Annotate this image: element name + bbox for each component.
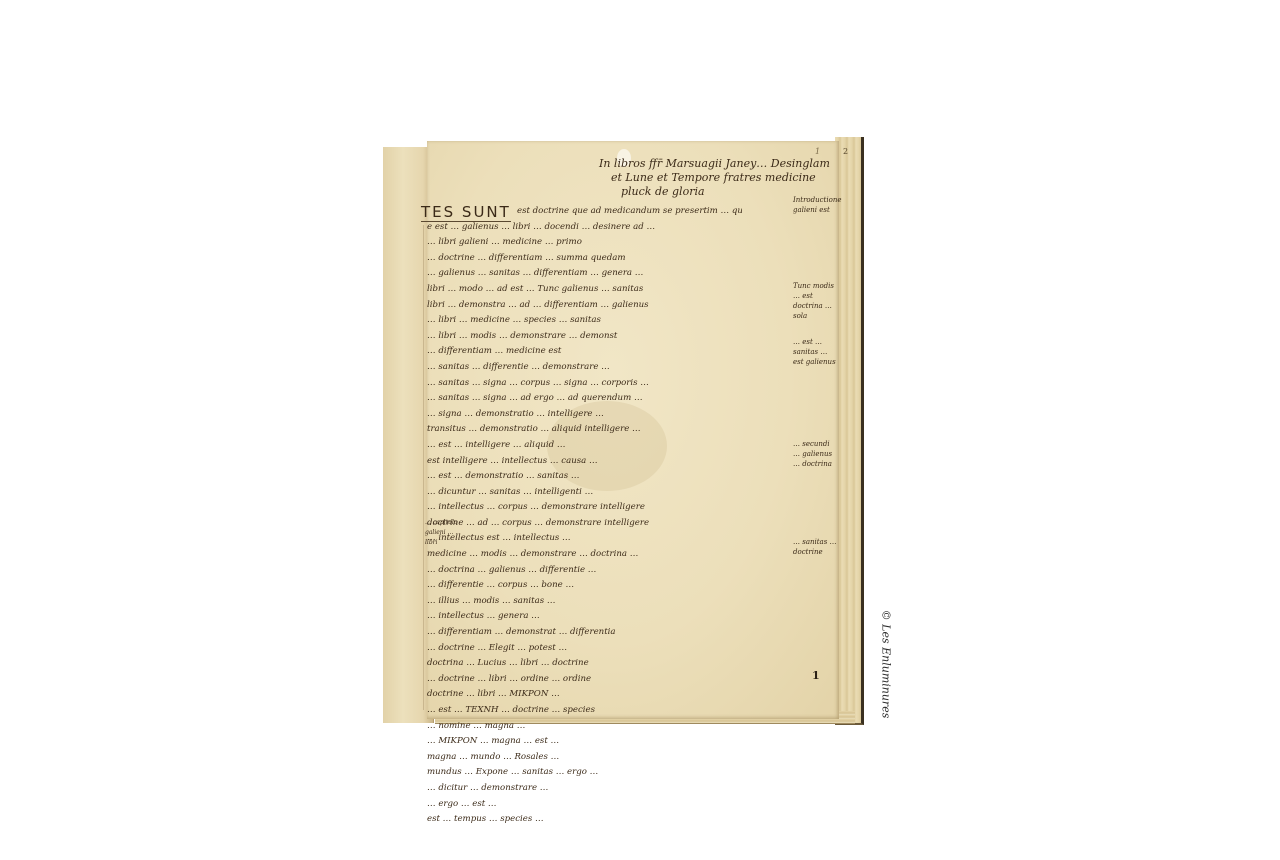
text-line: … differentiam … demonstrat … differenti…	[427, 625, 742, 641]
text-line: … doctrina … galienus … differentie …	[427, 563, 742, 579]
text-line: magna … mundo … Rosales …	[427, 750, 742, 766]
text-line: … ΜΙΚΡΟΝ … magna … est …	[427, 734, 742, 750]
margin-note-right: … est … sanitas … est galienus	[793, 337, 838, 367]
text-line: libri … demonstra … ad … differentiam … …	[427, 298, 742, 314]
text-line: doctrine … ad … corpus … demonstrare int…	[427, 516, 742, 532]
text-line: … doctrine … differentiam … summa quedam	[427, 251, 742, 267]
text-line: … intellectus … genera …	[427, 609, 742, 625]
text-line: … dicuntur … sanitas … intelligenti …	[427, 485, 742, 501]
text-line: medicine … modis … demonstrare … doctrin…	[427, 547, 742, 563]
text-line: doctrine … libri … ΜΙΚΡΟΝ …	[427, 687, 742, 703]
edge-folio-number: 2	[843, 147, 848, 156]
text-line: … intellectus est … intellectus …	[427, 531, 742, 547]
text-line: libri … modo … ad est … Tunc galienus … …	[427, 282, 742, 298]
text-line: … illius … modis … sanitas …	[427, 594, 742, 610]
text-line: mundus … Expone … sanitas … ergo …	[427, 765, 742, 781]
text-line: … sanitas … signa … corpus … signa … cor…	[427, 376, 742, 392]
text-line: … dicitur … demonstrare …	[427, 781, 742, 797]
text-line: … doctrine … libri … ordine … ordine	[427, 672, 742, 688]
text-line: … intellectus … corpus … demonstrare int…	[427, 500, 742, 516]
margin-note-right: … secundi … galienus … doctrina	[793, 439, 838, 469]
page-number: 1	[812, 669, 820, 682]
body-text: est doctrine que ad medicandum se preser…	[427, 204, 742, 828]
text-line: … doctrine … Elegit … potest …	[427, 641, 742, 657]
text-line: … ergo … est …	[427, 797, 742, 813]
text-line: … differentiam … medicine est	[427, 344, 742, 360]
text-line: … sanitas … signa … ad ergo … ad querend…	[427, 391, 742, 407]
folio-number: 1	[815, 147, 820, 156]
text-line: transitus … demonstratio … aliquid intel…	[427, 422, 742, 438]
text-line: est intelligere … intellectus … causa …	[427, 454, 742, 470]
margin-note-right: Introductione galieni est	[793, 195, 838, 215]
text-line: e est … galienus … libri … docendi … des…	[427, 220, 742, 236]
manuscript-book: 1 In libros ffr̄ Marsuagii Janey… Desing…	[383, 137, 870, 723]
text-line: doctrina … Lucius … libri … doctrine	[427, 656, 742, 672]
margin-note-right: … sanitas … doctrine	[793, 537, 838, 557]
ruling-line	[423, 225, 424, 710]
text-line: … nomine … magna …	[427, 719, 742, 735]
manuscript-page: 1 In libros ffr̄ Marsuagii Janey… Desing…	[427, 141, 839, 719]
text-line: … sanitas … differentie … demonstrare …	[427, 360, 742, 376]
text-line: … est … demonstratio … sanitas …	[427, 469, 742, 485]
text-line: est doctrine que ad medicandum se preser…	[427, 204, 742, 220]
heading-line: In libros ffr̄ Marsuagii Janey… Desingla…	[599, 157, 830, 171]
heading-block: In libros ffr̄ Marsuagii Janey… Desingla…	[599, 157, 830, 199]
text-line: … libri … modis … demonstrare … demonst	[427, 329, 742, 345]
fore-edge-leaves	[835, 137, 864, 725]
text-line: est … tempus … species …	[427, 812, 742, 828]
text-line: … libri … medicine … species … sanitas	[427, 313, 742, 329]
margin-note-right: Tunc modis … est doctrina … sola	[793, 281, 838, 321]
text-line: … galienus … sanitas … differentiam … ge…	[427, 266, 742, 282]
copyright-text: © Les Enluminures	[880, 610, 893, 719]
text-line: … est … ΤΕΧΝΗ … doctrine … species	[427, 703, 742, 719]
copyright-credit: © Les Enluminures	[873, 604, 899, 724]
text-line: … signa … demonstratio … intelligere …	[427, 407, 742, 423]
text-line: … libri galieni … medicine … primo	[427, 235, 742, 251]
heading-line: et Lune et Tempore fratres medicine	[599, 171, 830, 185]
text-line: … differentie … corpus … bone …	[427, 578, 742, 594]
margin-note-left: … capitulo galieni … libri	[425, 518, 459, 548]
text-line: … est … intelligere … aliquid …	[427, 438, 742, 454]
